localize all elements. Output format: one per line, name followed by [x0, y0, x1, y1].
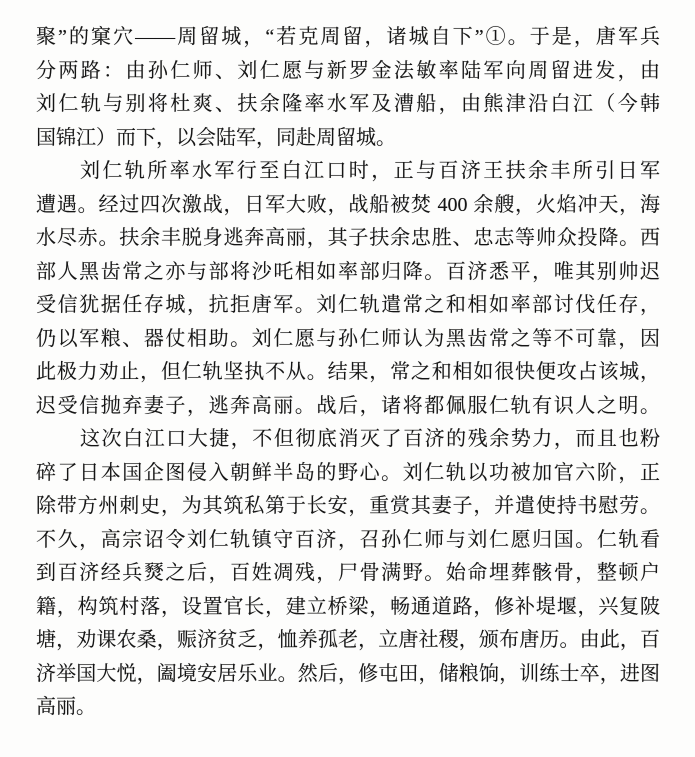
- text-line: 聚”的窠穴——周留城，“若克周留，诸城自下”①。于是，唐军兵: [36, 21, 660, 55]
- text-line: 济举国大悦，阖境安居乐业。然后，修屯田，储粮饷，训练士卒，进图: [36, 658, 660, 692]
- text-line: 刘仁轨与别将杜爽、扶余隆率水军及漕船，由熊津沿白江（今韩: [36, 88, 660, 122]
- text-line: 除带方州刺史，为其筑私第于长安，重赏其妻子，并遣使持书慰劳。: [36, 490, 660, 524]
- text-line: 受信犹据任存城，抗拒唐军。刘仁轨遣常之和相如率部讨伐任存，: [36, 289, 660, 323]
- text-line: 刘仁轨所率水军行至白江口时，正与百济王扶余丰所引日军: [36, 155, 660, 189]
- text-line: 塘，劝课农桑，赈济贫乏，恤养孤老，立唐社稷，颁布唐历。由此，百: [36, 624, 660, 658]
- text-line: 这次白江口大捷，不但彻底消灭了百济的残余势力，而且也粉: [36, 423, 660, 457]
- text-line: 到百济经兵燹之后，百姓凋残，尸骨满野。始命埋葬骸骨，整顿户: [36, 557, 660, 591]
- text-block: 聚”的窠穴——周留城，“若克周留，诸城自下”①。于是，唐军兵分两路：由孙仁师、刘…: [36, 21, 660, 725]
- text-line: 遭遇。经过四次激战，日军大败，战船被焚 400 余艘，火焰冲天，海: [36, 189, 660, 223]
- text-line: 此极力劝止，但仁轨坚执不从。结果，常之和相如很快便攻占该城，: [36, 356, 660, 390]
- text-line: 碎了日本国企图侵入朝鲜半岛的野心。刘仁轨以功被加官六阶，正: [36, 457, 660, 491]
- text-line: 水尽赤。扶余丰脱身逃奔高丽，其子扶余忠胜、忠志等帅众投降。西: [36, 222, 660, 256]
- text-line: 分两路：由孙仁师、刘仁愿与新罗金法敏率陆军向周留进发，由: [36, 55, 660, 89]
- text-line: 仍以军粮、器仗相助。刘仁愿与孙仁师认为黑齿常之等不可靠，因: [36, 323, 660, 357]
- text-line: 迟受信抛弃妻子，逃奔高丽。战后，诸将都佩服仁轨有识人之明。: [36, 390, 660, 424]
- text-line: 籍，构筑村落，设置官长，建立桥梁，畅通道路，修补堤堰，兴复陂: [36, 591, 660, 625]
- text-line: 部人黑齿常之亦与部将沙吒相如率部归降。百济悉平，唯其别帅迟: [36, 256, 660, 290]
- text-line: 高丽。: [36, 691, 660, 725]
- text-line: 国锦江）而下，以会陆军，同赴周留城。: [36, 122, 660, 156]
- text-line: 不久，高宗诏令刘仁轨镇守百济，召孙仁师与刘仁愿归国。仁轨看: [36, 524, 660, 558]
- book-page: 聚”的窠穴——周留城，“若克周留，诸城自下”①。于是，唐军兵分两路：由孙仁师、刘…: [0, 0, 695, 757]
